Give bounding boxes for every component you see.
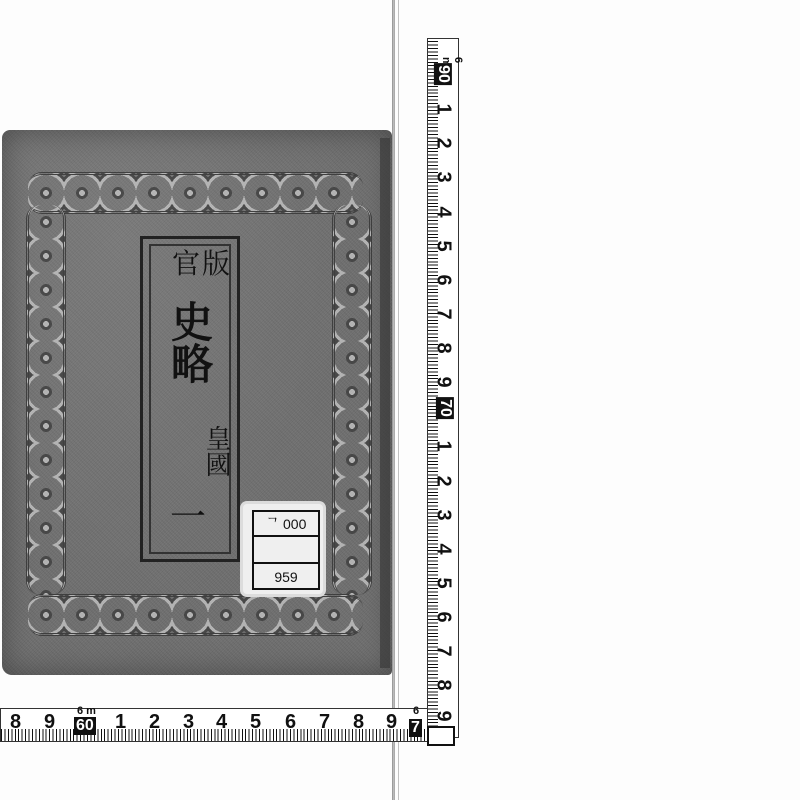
ruler-number: 8	[434, 679, 454, 690]
book-spine-edge	[392, 0, 395, 800]
sticker-row-1: ᄀ 000	[254, 512, 318, 537]
ruler-number: 5	[434, 240, 454, 251]
ruler-number: 4	[434, 206, 454, 217]
ruler-number: 3	[183, 712, 194, 732]
ruler-end-marker: 7	[409, 719, 422, 737]
ruler-number: 7	[319, 712, 330, 732]
horizontal-scale-ruler: 8 9 6 m 60 1 2 3 4 5 6 7 8 9 6 7	[0, 708, 430, 742]
volume-number: 一	[170, 500, 206, 536]
ruler-number: 8	[10, 712, 21, 732]
ruler-number: 2	[434, 137, 454, 148]
ruler-number: 3	[434, 509, 454, 520]
ruler-number: 1	[434, 103, 454, 114]
ruler-number: 7	[434, 308, 454, 319]
ruler-unit-label: 6 m	[77, 705, 96, 717]
ruler-number: 5	[250, 712, 261, 732]
ruler-number: 9	[386, 712, 397, 732]
ruler-number: 1	[115, 712, 126, 732]
ruler-end-label: 6	[413, 705, 419, 717]
book-title: 史略	[168, 300, 210, 384]
ruler-major-marker: 60	[74, 717, 96, 735]
ruler-number: 4	[434, 543, 454, 554]
book-subtitle: 皇國	[203, 425, 229, 477]
ruler-number: 6	[434, 274, 454, 285]
ornament-border-bottom	[28, 594, 363, 636]
ruler-number: 6	[434, 611, 454, 622]
sticker-row-3: 959	[254, 564, 318, 590]
ruler-number: 2	[149, 712, 160, 732]
ornament-border-left	[26, 205, 66, 595]
ruler-number: 1	[434, 440, 454, 451]
vertical-scale-ruler: 6 m 90 1 2 3 4 5 6 7 8 9 70 1 2 3 4 5 6 …	[427, 38, 459, 738]
ruler-number: 9	[434, 710, 454, 721]
ruler-number: 9	[434, 376, 454, 387]
ruler-number: 7	[434, 645, 454, 656]
library-sticker-grid: ᄀ 000 959	[252, 510, 320, 590]
ornament-border-top	[28, 172, 363, 214]
edition-label: 官版	[172, 250, 232, 278]
cover-right-edge	[380, 138, 390, 668]
ruler-number: 9	[44, 712, 55, 732]
ruler-number: 4	[216, 712, 227, 732]
ruler-corner-block	[427, 726, 455, 746]
ruler-number: 2	[434, 475, 454, 486]
ruler-ticks	[1, 729, 429, 741]
ruler-number: 8	[353, 712, 364, 732]
ruler-number: 3	[434, 171, 454, 182]
ruler-number: 5	[434, 577, 454, 588]
page-edge-line	[398, 0, 399, 800]
ornament-border-right	[332, 205, 372, 595]
ruler-mid-marker: 70	[436, 397, 454, 419]
ruler-number: 8	[434, 342, 454, 353]
ruler-major-marker: 90	[434, 63, 452, 85]
ruler-number: 6	[285, 712, 296, 732]
sticker-row-2	[254, 537, 318, 564]
